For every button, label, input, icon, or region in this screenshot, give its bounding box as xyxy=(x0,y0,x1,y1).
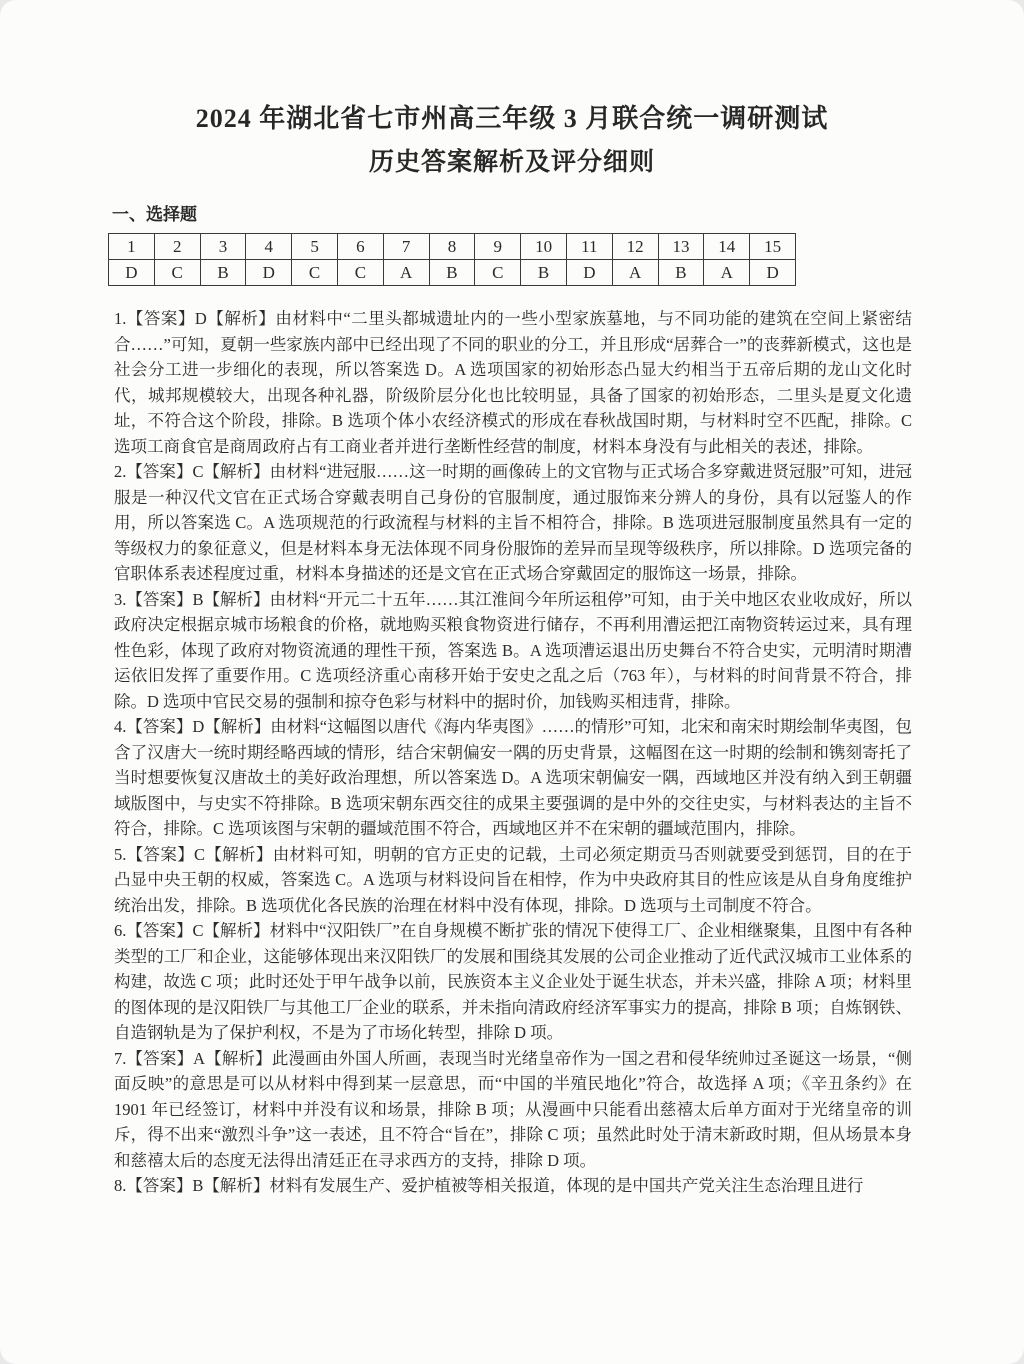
answer-cell: C xyxy=(475,260,521,286)
question-number-row: 1 2 3 4 5 6 7 8 9 10 11 12 13 14 15 xyxy=(109,234,796,260)
question-number-cell: 7 xyxy=(383,234,429,260)
explanation-item-8: 8.【答案】B【解析】材料有发展生产、爱护植被等相关报道，体现的是中国共产党关注… xyxy=(114,1173,912,1199)
explanation-item-7: 7.【答案】A【解析】此漫画由外国人所画，表现当时光绪皇帝作为一国之君和侵华统帅… xyxy=(114,1046,912,1174)
answer-cell: A xyxy=(612,260,658,286)
question-number-cell: 12 xyxy=(612,234,658,260)
answer-cell: A xyxy=(704,260,750,286)
answer-cell: C xyxy=(154,260,200,286)
question-number-cell: 14 xyxy=(704,234,750,260)
question-number-cell: 1 xyxy=(109,234,155,260)
question-number-cell: 13 xyxy=(658,234,704,260)
answer-cell: B xyxy=(200,260,246,286)
explanation-item-5: 5.【答案】C【解析】由材料可知，明朝的官方正史的记载，土司必须定期贡马否则就要… xyxy=(114,842,912,919)
explanation-item-2: 2.【答案】C【解析】由材料“进冠服……这一时期的画像砖上的文官物与正式场合多穿… xyxy=(114,459,912,587)
question-number-cell: 5 xyxy=(292,234,338,260)
answer-cell: B xyxy=(658,260,704,286)
question-number-cell: 8 xyxy=(429,234,475,260)
question-number-cell: 2 xyxy=(154,234,200,260)
document-title: 2024 年湖北省七市州高三年级 3 月联合统一调研测试 xyxy=(0,0,1024,134)
document-subtitle: 历史答案解析及评分细则 xyxy=(0,148,1024,178)
answer-cell: C xyxy=(292,260,338,286)
explanation-item-1: 1.【答案】D【解析】由材料中“二里头都城遗址内的一些小型家族墓地，与不同功能的… xyxy=(114,306,912,459)
explanation-item-4: 4.【答案】D【解析】由材料“这幅图以唐代《海内华夷图》……的情形”可知，北宋和… xyxy=(114,714,912,842)
question-number-cell: 10 xyxy=(521,234,567,260)
answer-cell: C xyxy=(337,260,383,286)
answer-cell: D xyxy=(246,260,292,286)
answer-cell: B xyxy=(521,260,567,286)
answer-letter-row: D C B D C C A B C B D A B A D xyxy=(109,260,796,286)
answer-cell: A xyxy=(383,260,429,286)
answer-cell: D xyxy=(566,260,612,286)
question-number-cell: 4 xyxy=(246,234,292,260)
answer-key-table: 1 2 3 4 5 6 7 8 9 10 11 12 13 14 15 D C … xyxy=(108,233,796,286)
explanation-item-3: 3.【答案】B【解析】由材料“开元二十五年……其江淮间今年所运租停”可知，由于关… xyxy=(114,587,912,715)
question-number-cell: 11 xyxy=(566,234,612,260)
question-number-cell: 9 xyxy=(475,234,521,260)
question-number-cell: 15 xyxy=(750,234,796,260)
question-number-cell: 3 xyxy=(200,234,246,260)
section-heading-multiple-choice: 一、选择题 xyxy=(112,200,1024,225)
answer-cell: D xyxy=(109,260,155,286)
explanations-block: 1.【答案】D【解析】由材料中“二里头都城遗址内的一些小型家族墓地，与不同功能的… xyxy=(114,306,912,1199)
document-page: 2024 年湖北省七市州高三年级 3 月联合统一调研测试 历史答案解析及评分细则… xyxy=(0,0,1024,1364)
answer-cell: B xyxy=(429,260,475,286)
explanation-item-6: 6.【答案】C【解析】材料中“汉阳铁厂”在自身规模不断扩张的情况下使得工厂、企业… xyxy=(114,918,912,1046)
answer-cell: D xyxy=(750,260,796,286)
question-number-cell: 6 xyxy=(337,234,383,260)
